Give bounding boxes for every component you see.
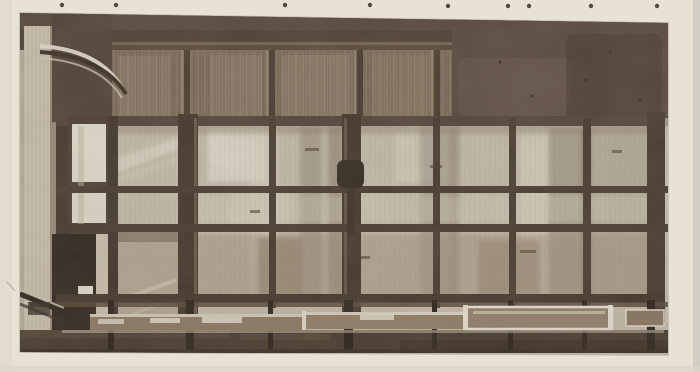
screenshot-root: [0, 0, 700, 372]
etching-grain-texture: [20, 10, 668, 356]
pin-hole-dot: [368, 3, 372, 7]
pin-hole-dot: [527, 4, 531, 8]
pin-hole-dot: [60, 3, 64, 7]
print-artwork: [20, 10, 668, 356]
paper-shade-left: [0, 0, 12, 372]
paper-shade-bottom: [0, 366, 700, 372]
paper-shade-right: [693, 0, 700, 372]
pin-hole-dot: [506, 4, 510, 8]
pin-hole-dot: [589, 4, 593, 8]
pin-hole-dot: [655, 4, 659, 8]
artwork-photo: [0, 0, 700, 372]
pin-hole-dot: [446, 4, 450, 8]
pin-hole-dot: [114, 3, 118, 7]
pin-hole-dot: [283, 3, 287, 7]
